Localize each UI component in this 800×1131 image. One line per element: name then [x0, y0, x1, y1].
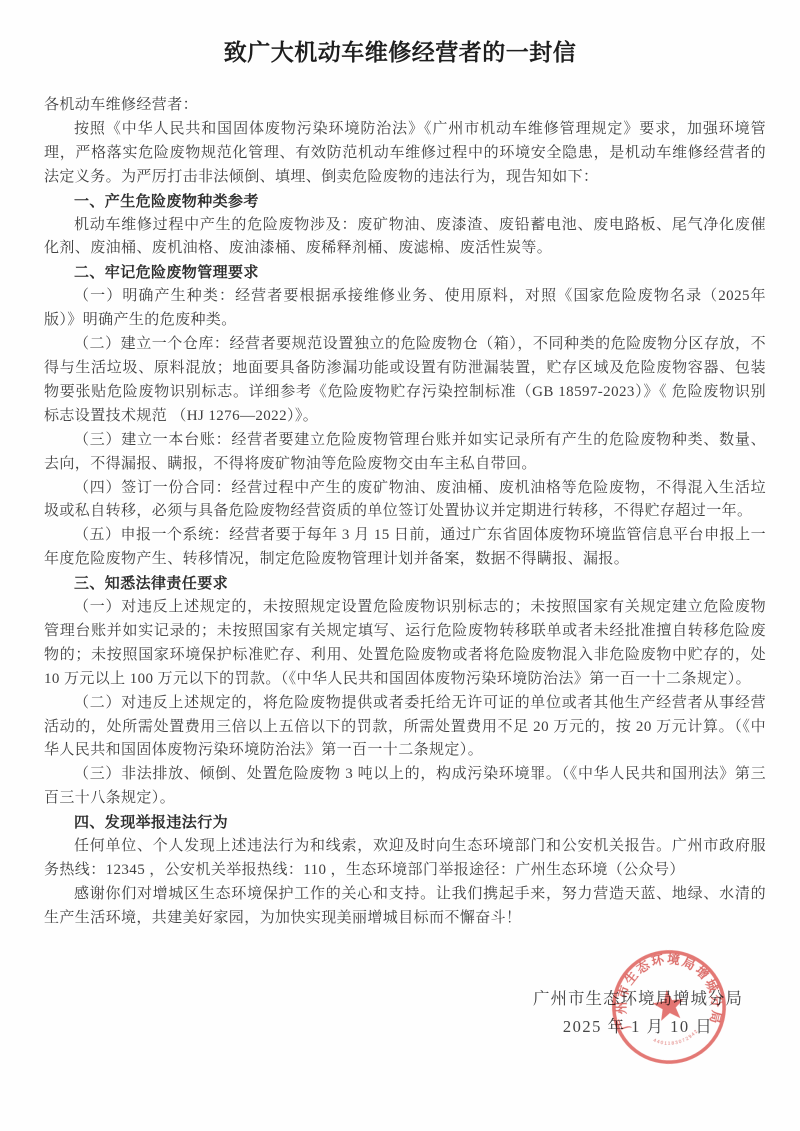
- section-2-item-3: （三）建立一本台账：经营者要建立危险废物管理台账并如实记录所有产生的危险废物种类…: [44, 429, 766, 477]
- section-2-item-1: （一）明确产生种类：经营者要根据承接维修业务、使用原料，对照《国家危险废物名录（…: [44, 285, 766, 333]
- section-2-item-2: （二）建立一个仓库：经营者要规范设置独立的危险废物仓（箱），不同种类的危险废物分…: [44, 333, 766, 429]
- closing-paragraph: 感谢你们对增城区生态环境保护工作的关心和支持。让我们携起手来，努力营造天蓝、地绿…: [44, 883, 766, 931]
- section-2-heading: 二、牢记危险废物管理要求: [44, 261, 766, 285]
- section-1-paragraph: 机动车维修过程中产生的危险废物涉及：废矿物油、废漆渣、废铅蓄电池、废电路板、尾气…: [44, 214, 766, 262]
- letter-body: 各机动车维修经营者： 按照《中华人民共和国固体废物污染环境防治法》《广州市机动车…: [0, 94, 800, 931]
- seal-star-icon: [651, 988, 686, 1022]
- official-seal: 广州市生态环境局增城分局 440118307294264: [598, 936, 740, 1078]
- page-title: 致广大机动车维修经营者的一封信: [0, 38, 800, 68]
- section-2-item-4: （四）签订一份合同：经营过程中产生的废矿物油、废油桶、废机油格等危险废物，不得混…: [44, 477, 766, 525]
- section-3-item-1: （一）对违反上述规定的，未按照规定设置危险废物识别标志的；未按照国家有关规定建立…: [44, 596, 766, 692]
- section-4-heading: 四、发现举报违法行为: [44, 811, 766, 835]
- section-2-item-5: （五）申报一个系统：经营者要于每年 3 月 15 日前，通过广东省固体废物环境监…: [44, 524, 766, 572]
- letter-page: 致广大机动车维修经营者的一封信 各机动车维修经营者： 按照《中华人民共和国固体废…: [0, 0, 800, 1131]
- section-3-heading: 三、知悉法律责任要求: [44, 572, 766, 596]
- section-1-heading: 一、产生危险废物种类参考: [44, 190, 766, 214]
- intro-paragraph: 按照《中华人民共和国固体废物污染环境防治法》《广州市机动车维修管理规定》要求，加…: [44, 118, 766, 190]
- section-3-item-2: （二）对违反上述规定的，将危险废物提供或者委托给无许可证的单位或者其他生产经营者…: [44, 692, 766, 764]
- section-4-paragraph: 任何单位、个人发现上述违法行为和线索，欢迎及时向生态环境部门和公安机关报告。广州…: [44, 835, 766, 883]
- salutation: 各机动车维修经营者：: [44, 94, 766, 118]
- section-3-item-3: （三）非法排放、倾倒、处置危险废物 3 吨以上的，构成污染环境罪。（《中华人民共…: [44, 763, 766, 811]
